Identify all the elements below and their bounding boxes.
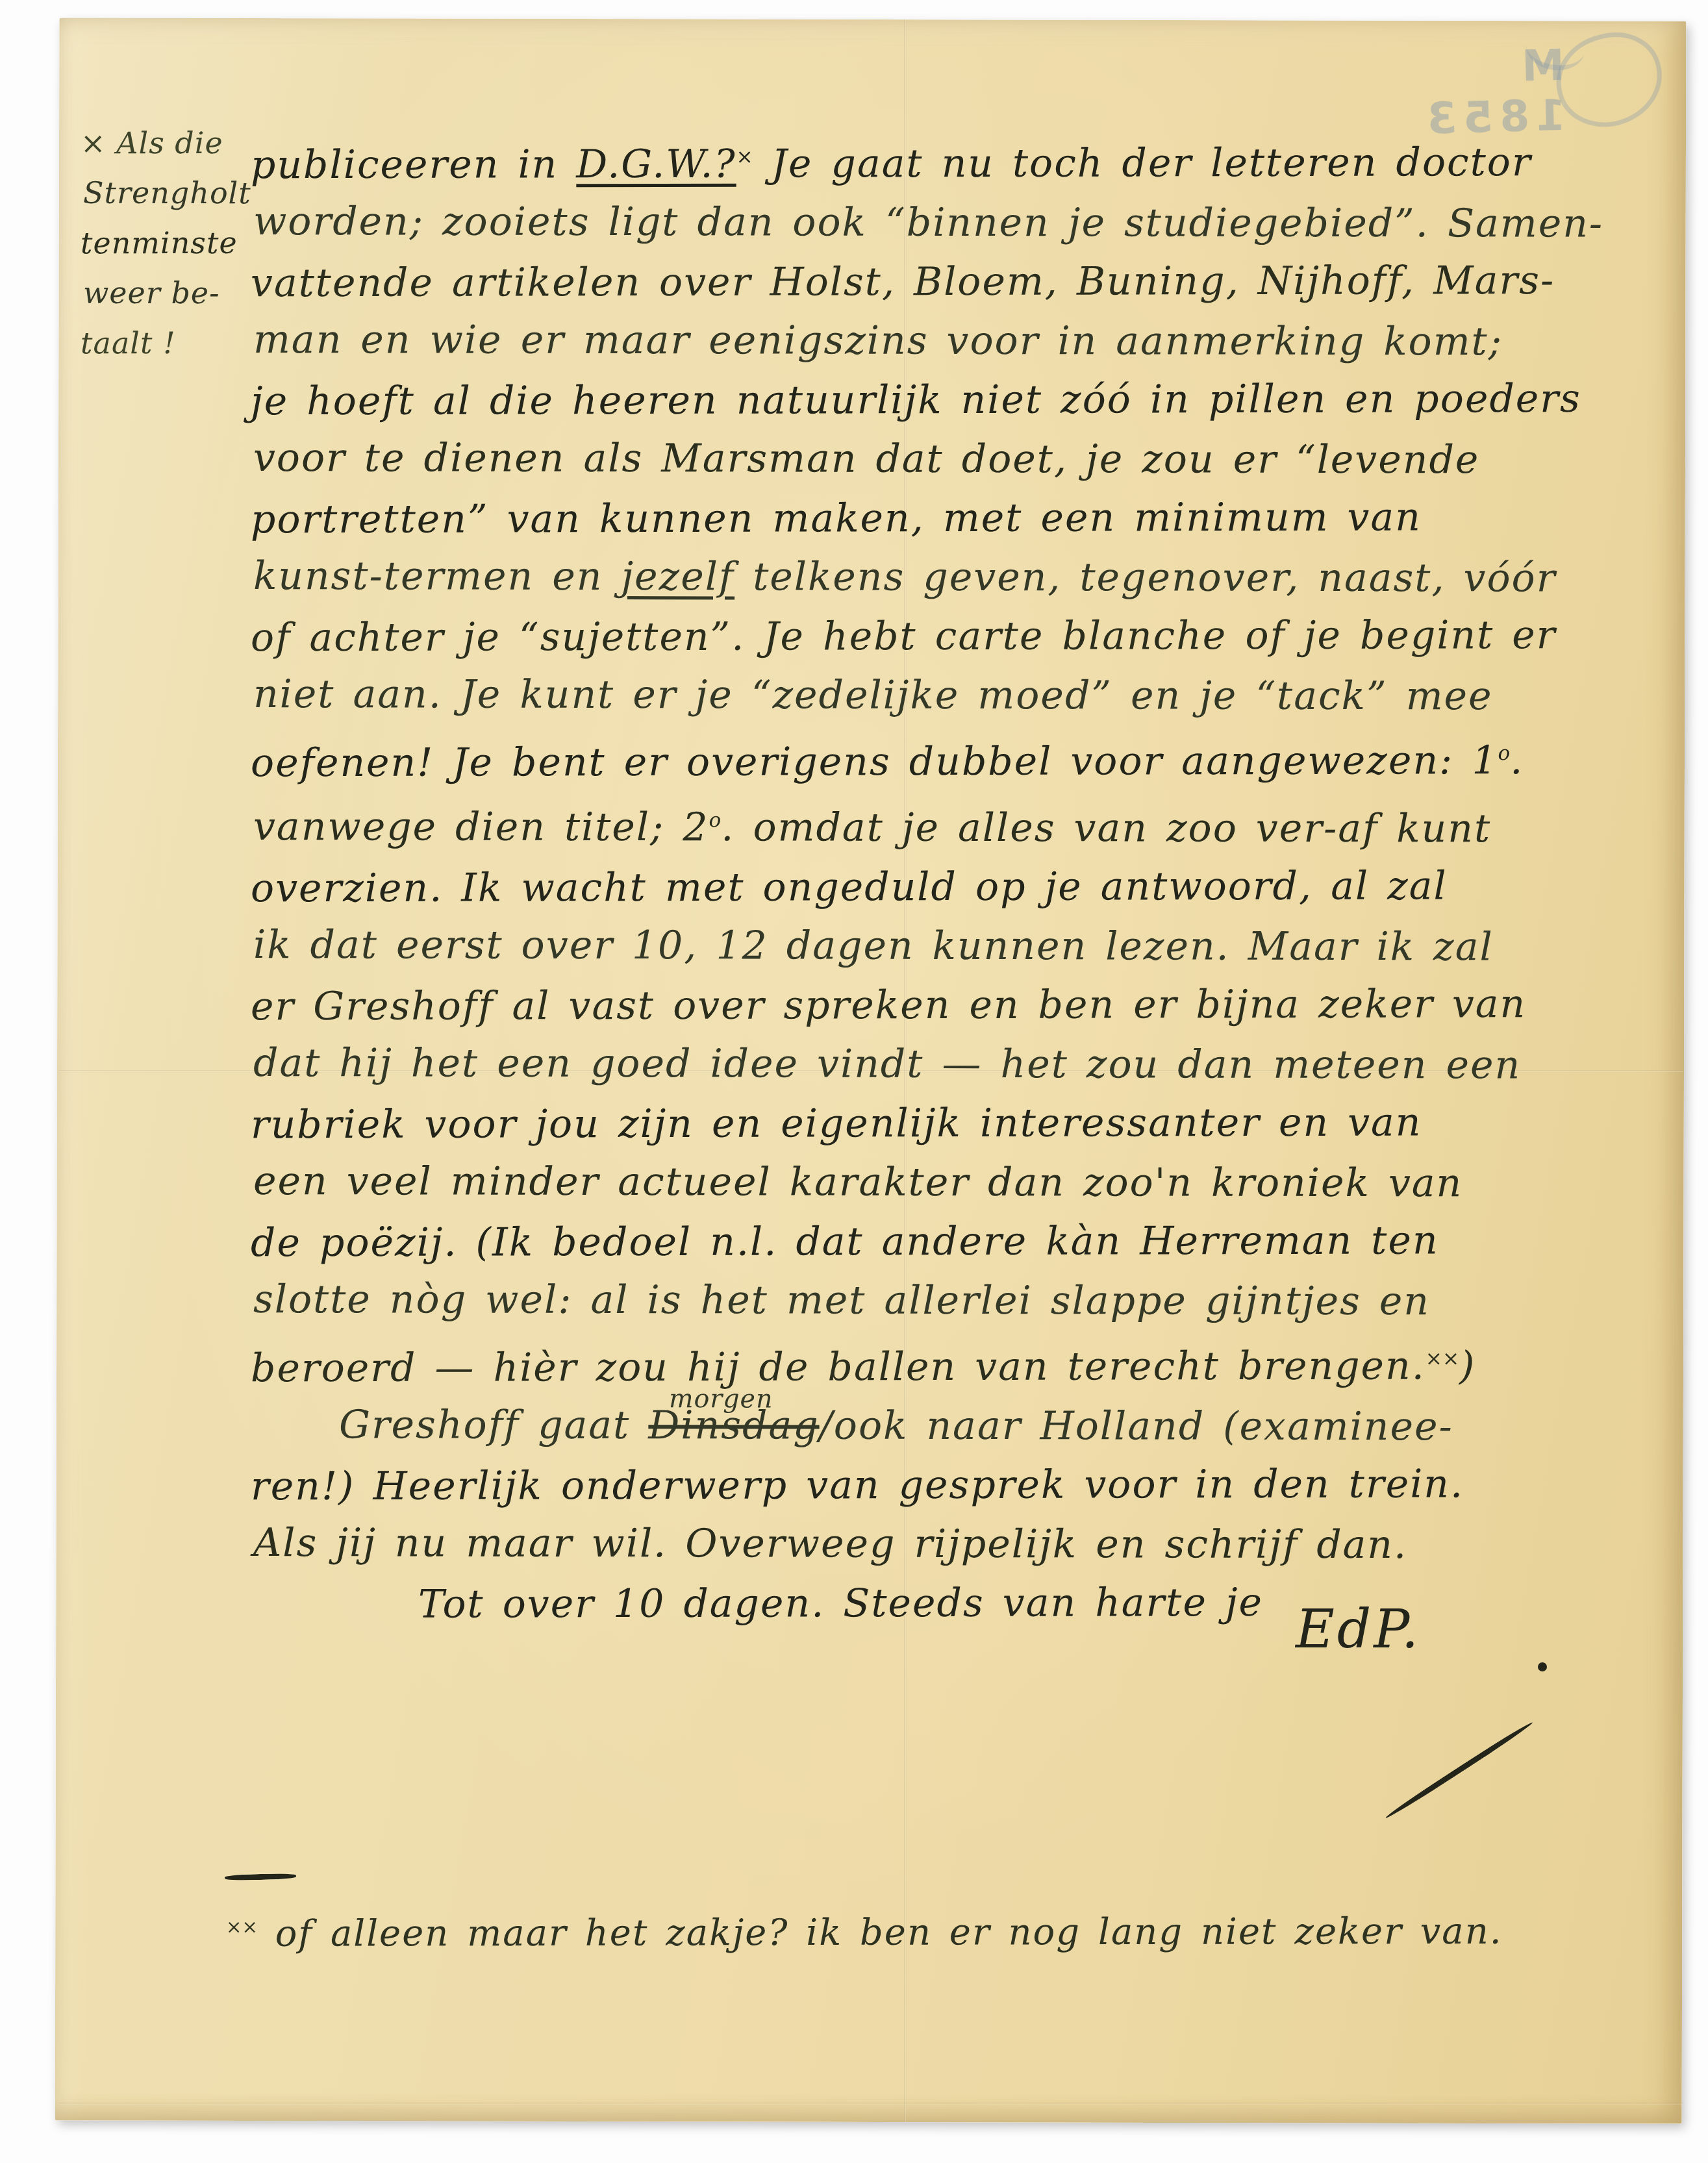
letter-segment: o xyxy=(1498,742,1510,765)
letter-line: rubriek voor jou zijn en eigenlijk inter… xyxy=(251,1093,1673,1155)
letter-segment: jezelf xyxy=(621,554,735,599)
letter-body-text: publiceeren in D.G.W.?× Je gaat nu toch … xyxy=(252,127,1674,1633)
letter-line: of achter je “sujetten”. Je hebt carte b… xyxy=(251,606,1673,668)
letter-line: tenminste xyxy=(81,218,275,269)
signature-period-dot xyxy=(1538,1662,1547,1671)
letter-line: niet aan. Je kunt er je “zedelijke moed”… xyxy=(253,665,1676,727)
letter-segment: D.G.W.? xyxy=(576,142,736,188)
letter-line: Greshoff gaat Dinsdagmorgen/ook naar Hol… xyxy=(253,1395,1676,1457)
letter-segment: ×× xyxy=(226,1916,258,1938)
letter-line: voor te dienen als Marsman dat doet, je … xyxy=(253,429,1676,490)
letter-segment: o xyxy=(709,808,722,832)
letter-line: weer be- xyxy=(83,268,278,319)
letter-line: ×× of alleen maar het zakje? ik ben er n… xyxy=(226,1896,1622,1962)
letter-line: je hoeft al die heeren natuurlijk niet z… xyxy=(251,369,1673,432)
letter-line: slotte nòg wel: al is het met allerlei s… xyxy=(253,1270,1676,1332)
scanned-letter-page: M 1853 × Als dieStrengholttenminsteweer … xyxy=(0,0,1708,2163)
letter-line: Als jij nu maar wil. Overweeg rijpelijk … xyxy=(253,1514,1676,1575)
letter-line: taalt ! xyxy=(81,318,275,369)
signature-initials: EdP. xyxy=(1296,1599,1421,1660)
bottom-fold-crease xyxy=(58,2103,1683,2105)
inserted-word-above: morgen xyxy=(669,1387,773,1413)
letter-line: publiceeren in D.G.W.?× Je gaat nu toch … xyxy=(251,126,1673,195)
letter-line: Tot over 10 dagen. Steeds van harte je xyxy=(251,1573,1673,1635)
letter-segment: Dinsdagmorgen xyxy=(648,1403,819,1448)
letter-line: worden; zooiets ligt dan ook “binnen je … xyxy=(253,192,1676,254)
footnote-text: ×× of alleen maar het zakje? ik ben er n… xyxy=(227,1897,1624,1961)
letter-line: ik dat eerst over 10, 12 dagen kunnen le… xyxy=(253,916,1676,977)
letter-line: man en wie er maar eenigszins voor in aa… xyxy=(253,310,1676,372)
letter-line: portretten” van kunnen maken, met een mi… xyxy=(251,488,1673,550)
letter-line: overzien. Ik wacht met ongeduld op je an… xyxy=(251,856,1673,919)
margin-annotation: × Als dieStrengholttenminsteweer be-taal… xyxy=(82,118,277,368)
letter-line: oefenen! Je bent er overigens dubbel voo… xyxy=(251,724,1673,794)
letter-line: er Greshoff al vast over spreken en ben … xyxy=(251,975,1673,1037)
letter-line: ren!) Heerlijk onderwerp van gesprek voo… xyxy=(251,1455,1673,1517)
letter-line: Strengholt xyxy=(83,168,278,219)
letter-line: vanwege dien titel; 2o. omdat je alles v… xyxy=(253,790,1676,859)
letter-segment: ×× xyxy=(1425,1347,1459,1370)
letter-segment: × xyxy=(736,145,753,169)
letter-line: beroerd — hièr zou hij de ballen van ter… xyxy=(251,1329,1673,1399)
letter-line: vattende artikelen over Holst, Bloem, Bu… xyxy=(251,251,1673,314)
letter-line: de poëzij. (Ik bedoel n.l. dat andere kà… xyxy=(251,1211,1673,1273)
letter-line: dat hij het een goed idee vindt — het zo… xyxy=(253,1034,1676,1095)
letter-line: kunst-termen en jezelf telkens geven, te… xyxy=(253,547,1676,608)
letter-line: een veel minder actueel karakter dan zoo… xyxy=(253,1152,1676,1214)
letter-line: × Als die xyxy=(81,118,275,169)
